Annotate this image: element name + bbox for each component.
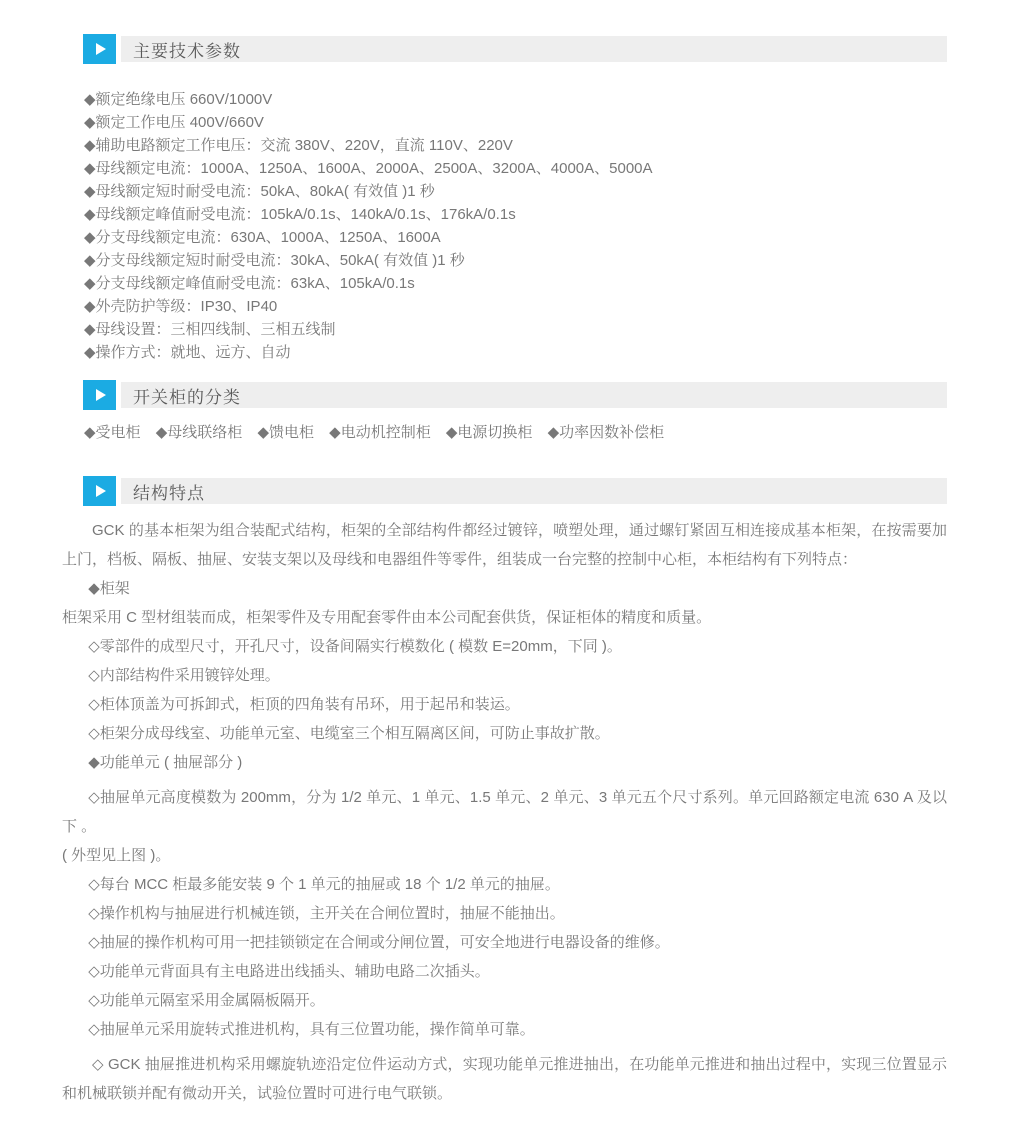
- param-item: ◆辅助电路额定工作电压：交流 380V、220V，直流 110V、220V: [84, 134, 947, 157]
- category-item: ◆馈电柜: [257, 424, 314, 441]
- document-page: 主要技术参数 ◆额定绝缘电压 660V/1000V ◆额定工作电压 400V/6…: [0, 0, 1010, 1138]
- paragraph: ◇抽屉单元采用旋转式推进机构，具有三位置功能，操作简单可靠。: [62, 1015, 947, 1044]
- paragraph: ◇柜架分成母线室、功能单元室、电缆室三个相互隔离区间，可防止事故扩散。: [62, 719, 947, 748]
- play-icon: [83, 476, 116, 506]
- param-item: ◆母线额定短时耐受电流：50kA、80kA( 有效值 )1 秒: [84, 180, 947, 203]
- section-title-bar: 主要技术参数: [121, 36, 947, 62]
- section-title-bar: 结构特点: [121, 478, 947, 504]
- param-item: ◆外壳防护等级：IP30、IP40: [84, 295, 947, 318]
- section-header-categories: 开关柜的分类: [83, 380, 947, 410]
- play-icon: [83, 380, 116, 410]
- param-item: ◆分支母线额定短时耐受电流：30kA、50kA( 有效值 )1 秒: [84, 249, 947, 272]
- param-item: ◆分支母线额定峰值耐受电流：63kA、105kA/0.1s: [84, 272, 947, 295]
- category-item: ◆电动机控制柜: [329, 424, 431, 441]
- paragraph: ◇柜体顶盖为可拆卸式，柜顶的四角装有吊环，用于起吊和装运。: [62, 690, 947, 719]
- play-triangle-icon: [96, 485, 106, 497]
- section-header-structure: 结构特点: [83, 476, 947, 506]
- section-title-bar: 开关柜的分类: [121, 382, 947, 408]
- paragraph: ( 外型见上图 )。: [62, 841, 947, 870]
- paragraph: ◇每台 MCC 柜最多能安装 9 个 1 单元的抽屉或 18 个 1/2 单元的…: [62, 870, 947, 899]
- paragraph: ◇功能单元背面具有主电路进出线插头、辅助电路二次插头。: [62, 957, 947, 986]
- param-item: ◆母线设置：三相四线制、三相五线制: [84, 318, 947, 341]
- params-list: ◆额定绝缘电压 660V/1000V ◆额定工作电压 400V/660V ◆辅助…: [84, 88, 947, 364]
- play-triangle-icon: [96, 43, 106, 55]
- structure-body: GCK 的基本柜架为组合装配式结构，柜架的全部结构件都经过镀锌，喷塑处理，通过螺…: [62, 516, 947, 1108]
- play-triangle-icon: [96, 389, 106, 401]
- paragraph: ◇操作机构与抽屉进行机械连锁，主开关在合闸位置时，抽屉不能抽出。: [62, 899, 947, 928]
- paragraph: ◇零部件的成型尺寸，开孔尺寸，设备间隔实行模数化 ( 模数 E=20mm，下同 …: [62, 632, 947, 661]
- category-item: ◆受电柜: [84, 424, 141, 441]
- param-item: ◆母线额定峰值耐受电流：105kA/0.1s、140kA/0.1s、176kA/…: [84, 203, 947, 226]
- paragraph: ◆柜架: [62, 574, 947, 603]
- paragraph: ◇抽屉单元高度模数为 200mm，分为 1/2 单元、1 单元、1.5 单元、2…: [62, 783, 947, 841]
- paragraph: GCK 的基本柜架为组合装配式结构，柜架的全部结构件都经过镀锌，喷塑处理，通过螺…: [62, 516, 947, 574]
- paragraph: ◇抽屉的操作机构可用一把挂锁锁定在合闸或分闸位置，可安全地进行电器设备的维修。: [62, 928, 947, 957]
- categories-row: ◆受电柜 ◆母线联络柜 ◆馈电柜 ◆电动机控制柜 ◆电源切换柜 ◆功率因数补偿柜: [84, 422, 947, 444]
- paragraph: ◇功能单元隔室采用金属隔板隔开。: [62, 986, 947, 1015]
- section-title: 结构特点: [121, 479, 205, 504]
- param-item: ◆操作方式：就地、远方、自动: [84, 341, 947, 364]
- paragraph: ◇内部结构件采用镀锌处理。: [62, 661, 947, 690]
- category-item: ◆功率因数补偿柜: [548, 424, 665, 441]
- param-item: ◆额定绝缘电压 660V/1000V: [84, 88, 947, 111]
- category-item: ◆母线联络柜: [156, 424, 243, 441]
- paragraph: ◆功能单元 ( 抽屉部分 ): [62, 748, 947, 777]
- section-header-params: 主要技术参数: [83, 34, 947, 64]
- section-title: 主要技术参数: [121, 37, 241, 62]
- param-item: ◆额定工作电压 400V/660V: [84, 111, 947, 134]
- param-item: ◆母线额定电流：1000A、1250A、1600A、2000A、2500A、32…: [84, 157, 947, 180]
- paragraph: 柜架采用 C 型材组装而成，柜架零件及专用配套零件由本公司配套供货，保证柜体的精…: [62, 603, 947, 632]
- section-title: 开关柜的分类: [121, 383, 241, 408]
- play-icon: [83, 34, 116, 64]
- paragraph: ◇ GCK 抽屉推进机构采用螺旋轨迹沿定位件运动方式，实现功能单元推进抽出，在功…: [62, 1050, 947, 1108]
- param-item: ◆分支母线额定电流：630A、1000A、1250A、1600A: [84, 226, 947, 249]
- category-item: ◆电源切换柜: [446, 424, 533, 441]
